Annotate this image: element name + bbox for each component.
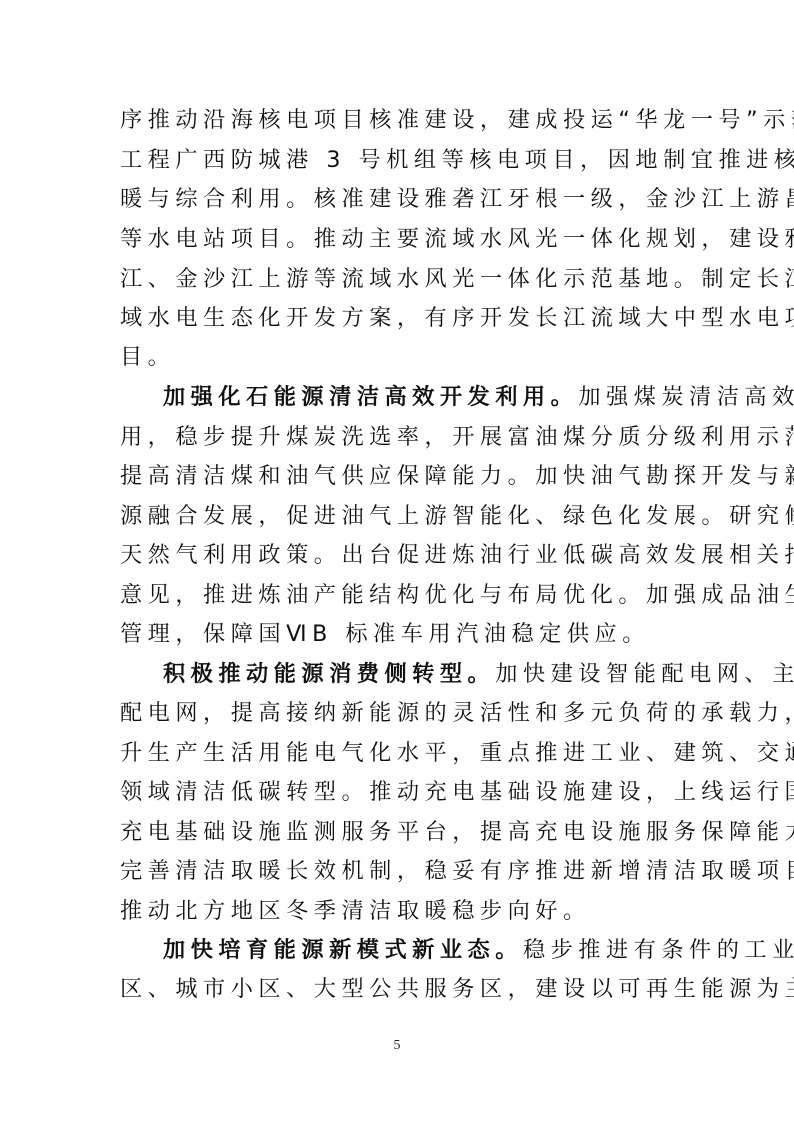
text-line: 工程广西防城港 3 号机组等核电项目，因地制宜推进核能供 xyxy=(120,140,680,180)
paragraph-heading: 加强化石能源清洁高效开发利用。 xyxy=(163,384,578,410)
text-line: 升生产生活用能电气化水平，重点推进工业、建筑、交通等 xyxy=(120,733,680,773)
text-line: 源融合发展，促进油气上游智能化、绿色化发展。研究修订 xyxy=(120,496,680,536)
text-line: 目。 xyxy=(120,337,680,377)
text-line: 推动北方地区冬季清洁取暖稳步向好。 xyxy=(120,891,680,931)
text-line: 区、城市小区、大型公共服务区，建设以可再生能源为主的 xyxy=(120,969,680,1009)
paragraph-heading: 加快培育能源新模式新业态。 xyxy=(163,937,523,963)
text-line: 等水电站项目。推动主要流域水风光一体化规划，建设雅砻 xyxy=(120,219,680,259)
paragraph-first-line: 加强化石能源清洁高效开发利用。加强煤炭清洁高效利 xyxy=(163,377,723,417)
text-line: 天然气利用政策。出台促进炼油行业低碳高效发展相关指导 xyxy=(120,535,680,575)
text-line: 序推动沿海核电项目核准建设，建成投运“华龙一号”示范 xyxy=(120,100,680,140)
text-line: 配电网，提高接纳新能源的灵活性和多元负荷的承载力，提 xyxy=(120,693,680,733)
text-span: 加强煤炭清洁高效利 xyxy=(578,384,794,410)
paragraph-heading: 积极推动能源消费侧转型。 xyxy=(163,661,495,687)
text-span: 稳步推进有条件的工业园 xyxy=(523,937,794,963)
text-line: 域水电生态化开发方案，有序开发长江流域大中型水电项 xyxy=(120,298,680,338)
text-line: 江、金沙江上游等流域水风光一体化示范基地。制定长江流 xyxy=(120,259,680,299)
text-line: 完善清洁取暖长效机制，稳妥有序推进新增清洁取暖项目， xyxy=(120,851,680,891)
text-line: 管理，保障国ⅥB 标准车用汽油稳定供应。 xyxy=(120,614,680,654)
text-line: 意见，推进炼油产能结构优化与布局优化。加强成品油生产 xyxy=(120,575,680,615)
text-line: 用，稳步提升煤炭洗选率，开展富油煤分质分级利用示范， xyxy=(120,417,680,457)
page-number: 5 xyxy=(0,1038,794,1054)
text-line: 提高清洁煤和油气供应保障能力。加快油气勘探开发与新能 xyxy=(120,456,680,496)
paragraph-first-line: 加快培育能源新模式新业态。稳步推进有条件的工业园 xyxy=(163,930,723,970)
document-page: 序推动沿海核电项目核准建设，建成投运“华龙一号”示范 工程广西防城港 3 号机组… xyxy=(0,0,794,1123)
paragraph-first-line: 积极推动能源消费侧转型。加快建设智能配电网、主动 xyxy=(163,654,723,694)
text-line: 充电基础设施监测服务平台，提高充电设施服务保障能力。 xyxy=(120,812,680,852)
text-span: 加快建设智能配电网、主动 xyxy=(495,661,794,687)
text-line: 领域清洁低碳转型。推动充电基础设施建设，上线运行国家 xyxy=(120,772,680,812)
text-line: 暖与综合利用。核准建设雅砻江牙根一级，金沙江上游昌波 xyxy=(120,179,680,219)
